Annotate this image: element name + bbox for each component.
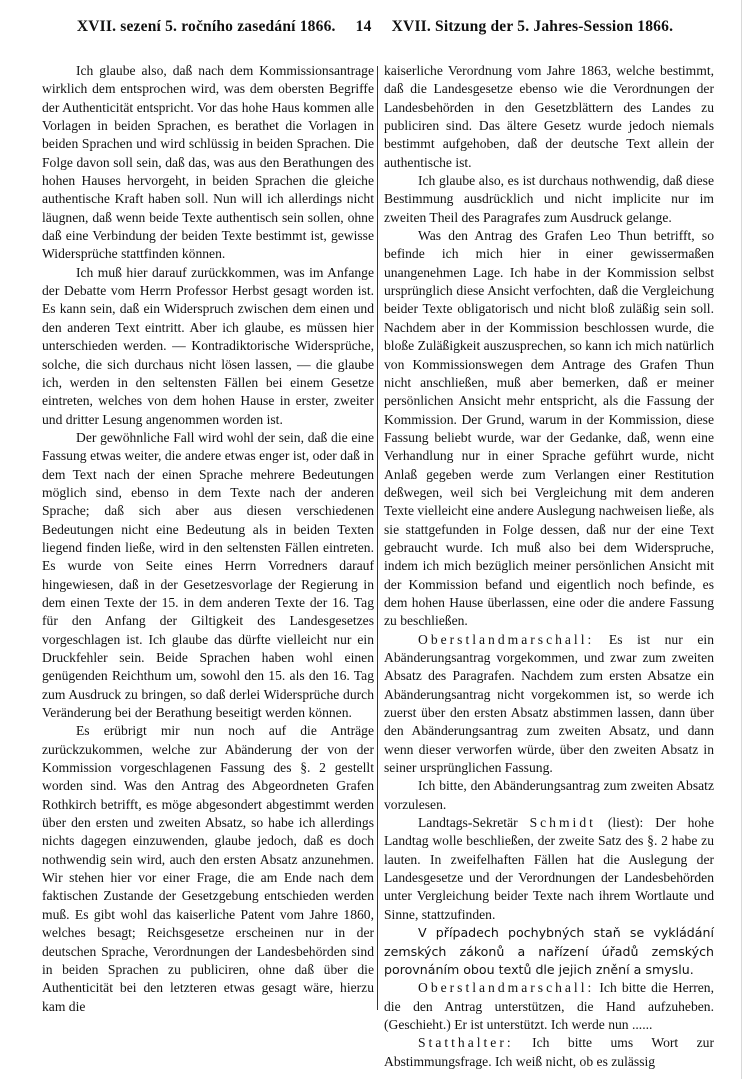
speaker-name: Statthalter:: [418, 1035, 514, 1050]
speech-oberstlandmarschall: Oberstlandmarschall: Es ist nur ein Abän…: [384, 631, 714, 778]
speaker-name: Oberstlandmarschall:: [418, 980, 594, 995]
left-column: Ich glaube also, daß nach dem Kommission…: [42, 62, 374, 1016]
paragraph: Ich bitte, den Abänderungsantrag zum zwe…: [384, 777, 714, 814]
paragraph: Was den Antrag des Grafen Leo Thun betri…: [384, 227, 714, 631]
speech-secretary: Landtags-Sekretär Schmidt (liest): Der h…: [384, 814, 714, 924]
speech-text: Es ist nur ein Abänderungsantrag vorgeko…: [384, 632, 714, 775]
column-divider: [377, 66, 378, 1010]
paragraph: Es erübrigt mir nun noch auf die Anträge…: [42, 722, 374, 1016]
page-number: 14: [356, 18, 372, 36]
paragraph: Der gewöhnliche Fall wird wohl der sein,…: [42, 429, 374, 723]
speech-oberstlandmarschall: Oberstlandmarschall: Ich bitte die Herre…: [384, 979, 714, 1034]
header-czech-title: XVII. sezení 5. ročního zasedání 1866.: [77, 18, 336, 36]
paragraph: kaiserliche Verordnung vom Jahre 1863, w…: [384, 62, 714, 172]
right-column: kaiserliche Verordnung vom Jahre 1863, w…: [384, 62, 714, 1071]
header-german-title: XVII. Sitzung der 5. Jahres-Session 1866…: [392, 18, 674, 36]
paragraph: Ich glaube also, es ist durchaus nothwen…: [384, 172, 714, 227]
speaker-title: Landtags-Sekretär: [418, 815, 530, 830]
speech-text: Der hohe Landtag wolle beschließen, der …: [384, 815, 714, 922]
speaker-note: (liest):: [596, 815, 643, 830]
czech-translation: V případech pochybných staň se vykládání…: [384, 924, 714, 979]
running-header: XVII. sezení 5. ročního zasedání 1866. 1…: [0, 18, 750, 36]
speaker-name: Schmidt: [530, 815, 596, 830]
speaker-name: Oberstlandmarschall:: [418, 632, 594, 647]
speech-statthalter: Statthalter: Ich bitte ums Wort zur Abst…: [384, 1034, 714, 1071]
paragraph: Ich muß hier darauf zurückkommen, was im…: [42, 264, 374, 429]
paragraph: Ich glaube also, daß nach dem Kommission…: [42, 62, 374, 264]
page-edge: [741, 0, 742, 1079]
